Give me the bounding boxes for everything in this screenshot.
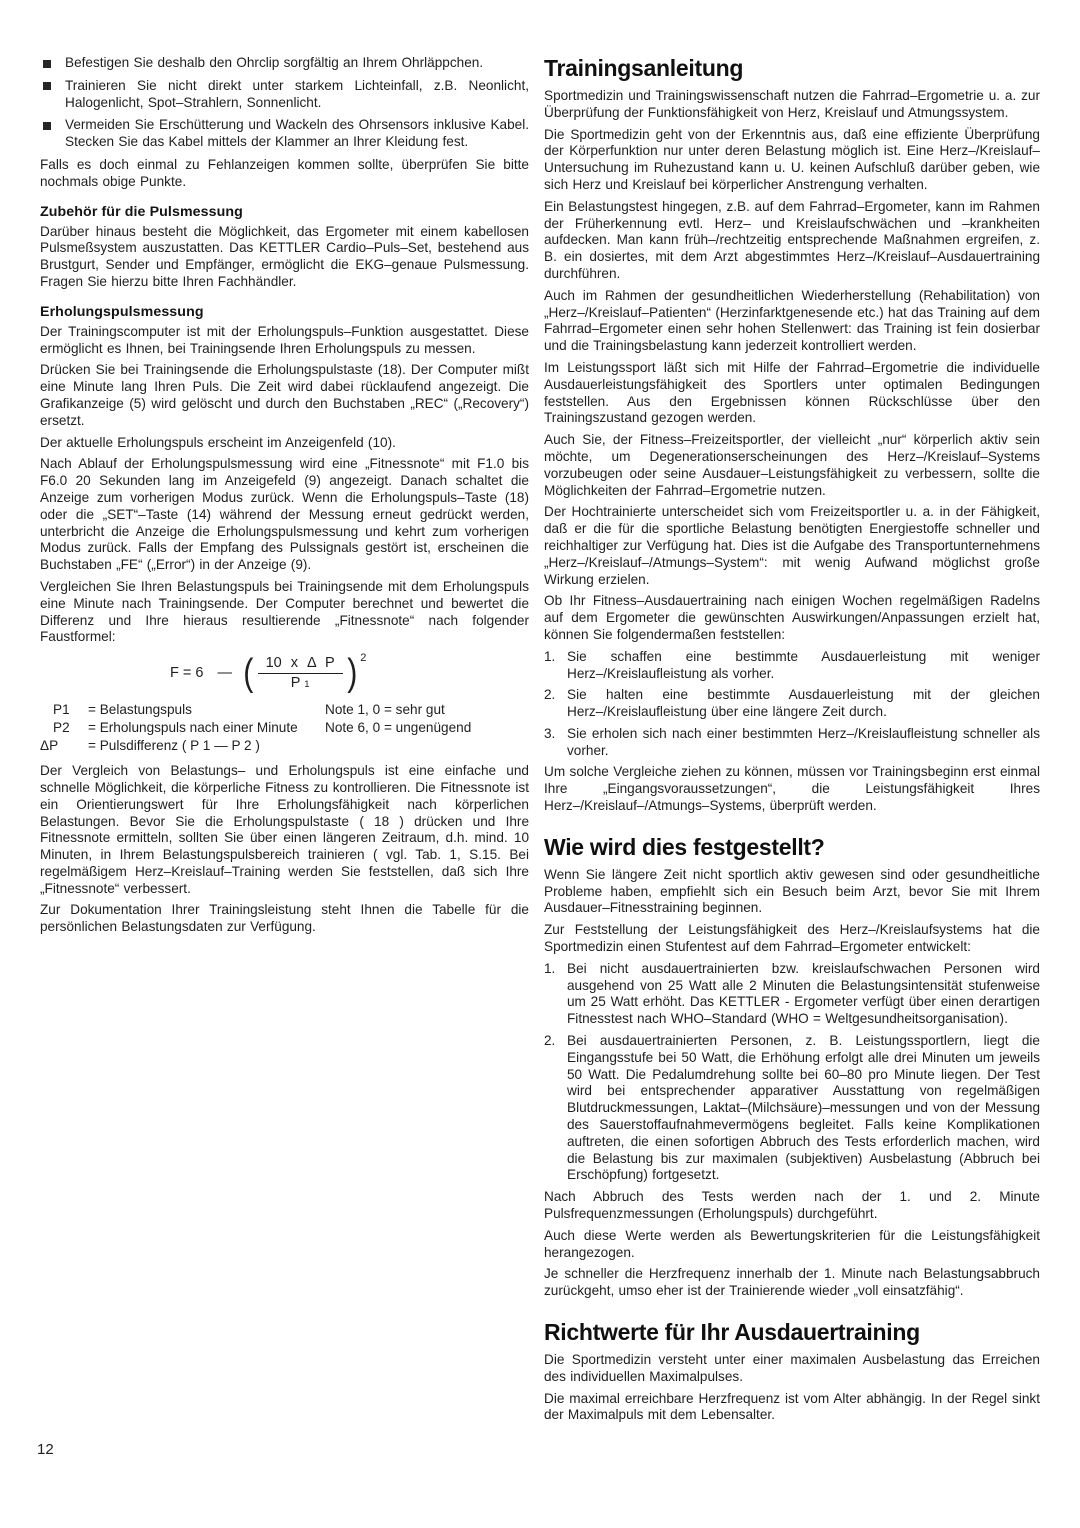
bullet-square-icon bbox=[43, 82, 51, 90]
paragraph: Die maximal erreichbare Herzfrequenz ist… bbox=[544, 1391, 1040, 1425]
definition-note bbox=[325, 737, 529, 755]
formula-definitions: P1 = Belastungspuls Note 1, 0 = sehr gut… bbox=[40, 701, 529, 755]
numbered-item: 1. Bei nicht ausdauertrainierten bzw. kr… bbox=[544, 961, 1040, 1028]
paragraph: Ob Ihr Fitness–Ausdauertraining nach ein… bbox=[544, 593, 1040, 643]
section-title-wie-wird-dies-festgestellt: Wie wird dies festgestellt? bbox=[544, 834, 1040, 861]
item-number: 2. bbox=[544, 687, 555, 704]
paragraph: Nach Ablauf der Erholungspulsmessung wir… bbox=[40, 456, 529, 574]
paragraph: Der Trainingscomputer ist mit der Erholu… bbox=[40, 324, 529, 358]
numbered-item: 3. Sie erholen sich nach einer bestimmte… bbox=[544, 726, 1040, 760]
item-text: Sie halten eine bestimmte Ausdauerleistu… bbox=[567, 687, 1040, 719]
formula-exponent: 2 bbox=[360, 652, 366, 664]
numbered-item: 1. Sie schaffen eine bestimmte Ausdauerl… bbox=[544, 649, 1040, 683]
bullet-square-icon bbox=[43, 60, 51, 68]
definition-text: = Belastungspuls bbox=[88, 701, 325, 719]
bullet-item: Trainieren Sie nicht direkt unter starke… bbox=[40, 78, 529, 112]
paragraph: Auch im Rahmen der gesundheitlichen Wied… bbox=[544, 288, 1040, 355]
paragraph: Im Leistungssport läßt sich mit Hilfe de… bbox=[544, 360, 1040, 427]
item-number: 3. bbox=[544, 726, 555, 743]
item-number: 1. bbox=[544, 649, 555, 666]
page-number: 12 bbox=[37, 1441, 54, 1458]
item-number: 1. bbox=[544, 961, 555, 978]
bullet-text: Befestigen Sie deshalb den Ohrclip sorgf… bbox=[65, 55, 483, 70]
paragraph: Auch Sie, der Fitness–Freizeitsportler, … bbox=[544, 432, 1040, 499]
subsection-heading-erholungspulsmessung: Erholungspulsmessung bbox=[40, 304, 529, 320]
formula-minus: — bbox=[217, 665, 232, 681]
paragraph: Auch diese Werte werden als Bewertungskr… bbox=[544, 1228, 1040, 1262]
paragraph: Um solche Vergleiche ziehen zu können, m… bbox=[544, 764, 1040, 814]
formula-denominator: P 1 bbox=[291, 674, 310, 691]
section-title-trainingsanleitung: Trainingsanleitung bbox=[544, 55, 1040, 82]
paragraph: Der Vergleich von Belastungs– und Erholu… bbox=[40, 763, 529, 897]
bullet-square-icon bbox=[43, 122, 51, 130]
definition-note: Note 6, 0 = ungenügend bbox=[325, 719, 529, 737]
formula-numerator: 10 x Δ P bbox=[258, 655, 343, 674]
definition-symbol: ΔP bbox=[40, 737, 88, 755]
definition-row: P2 = Erholungspuls nach einer Minute Not… bbox=[40, 719, 529, 737]
paragraph: Ein Belastungstest hingegen, z.B. auf de… bbox=[544, 199, 1040, 283]
item-number: 2. bbox=[544, 1033, 555, 1050]
paragraph: Der Hochtrainierte unterscheidet sich vo… bbox=[544, 504, 1040, 588]
paragraph: Die Sportmedizin versteht unter einer ma… bbox=[544, 1352, 1040, 1386]
definition-row: P1 = Belastungspuls Note 1, 0 = sehr gut bbox=[40, 701, 529, 719]
bullet-item: Vermeiden Sie Erschütterung und Wackeln … bbox=[40, 117, 529, 151]
item-text: Bei nicht ausdauertrainierten bzw. kreis… bbox=[567, 961, 1040, 1026]
paragraph: Falls es doch einmal zu Fehlanzeigen kom… bbox=[40, 157, 529, 191]
bullet-list: Befestigen Sie deshalb den Ohrclip sorgf… bbox=[40, 55, 529, 151]
denominator-base: P bbox=[291, 675, 300, 691]
manual-page: Befestigen Sie deshalb den Ohrclip sorgf… bbox=[0, 0, 1080, 1528]
numbered-item: 2. Bei ausdauertrainierten Personen, z. … bbox=[544, 1033, 1040, 1184]
denominator-subscript: 1 bbox=[304, 679, 309, 690]
definition-symbol: P1 bbox=[40, 701, 88, 719]
section-title-richtwerte: Richtwerte für Ihr Ausdauertraining bbox=[544, 1319, 1040, 1346]
left-column: Befestigen Sie deshalb den Ohrclip sorgf… bbox=[40, 55, 529, 1429]
formula-lhs: F = 6 bbox=[170, 665, 203, 681]
paragraph: Nach Abbruch des Tests werden nach der 1… bbox=[544, 1189, 1040, 1223]
paragraph: Vergleichen Sie Ihren Belastungspuls bei… bbox=[40, 579, 529, 646]
paragraph: Der aktuelle Erholungspuls erscheint im … bbox=[40, 435, 529, 452]
definition-text: = Pulsdifferenz ( P 1 — P 2 ) bbox=[88, 737, 325, 755]
paragraph: Sportmedizin und Trainingswissenschaft n… bbox=[544, 88, 1040, 122]
formula-close-paren: ) bbox=[347, 656, 357, 690]
definition-symbol: P2 bbox=[40, 719, 88, 737]
bullet-text: Trainieren Sie nicht direkt unter starke… bbox=[65, 78, 529, 110]
numbered-item: 2. Sie halten eine bestimmte Ausdauerlei… bbox=[544, 687, 1040, 721]
item-text: Bei ausdauertrainierten Personen, z. B. … bbox=[567, 1033, 1040, 1182]
paragraph: Darüber hinaus besteht die Möglichkeit, … bbox=[40, 224, 529, 291]
bullet-item: Befestigen Sie deshalb den Ohrclip sorgf… bbox=[40, 55, 529, 72]
subsection-heading-zubehoer: Zubehör für die Pulsmessung bbox=[40, 204, 529, 220]
formula-fraction: 10 x Δ P P 1 bbox=[258, 655, 343, 691]
formula-open-paren: ( bbox=[243, 656, 253, 690]
paragraph: Zur Dokumentation Ihrer Trainingsleistun… bbox=[40, 902, 529, 936]
item-text: Sie schaffen eine bestimmte Ausdauerleis… bbox=[567, 649, 1040, 681]
paragraph: Zur Feststellung der Leistungsfähigkeit … bbox=[544, 922, 1040, 956]
paragraph: Je schneller die Herzfrequenz innerhalb … bbox=[544, 1266, 1040, 1300]
two-column-layout: Befestigen Sie deshalb den Ohrclip sorgf… bbox=[40, 55, 1040, 1429]
right-column: Trainingsanleitung Sportmedizin und Trai… bbox=[544, 55, 1040, 1429]
item-text: Sie erholen sich nach einer bestimmten H… bbox=[567, 726, 1040, 758]
fitness-formula: F = 6 — ( 10 x Δ P P 1 ) 2 bbox=[170, 655, 529, 691]
paragraph: Die Sportmedizin geht von der Erkenntnis… bbox=[544, 127, 1040, 194]
definition-row: ΔP = Pulsdifferenz ( P 1 — P 2 ) bbox=[40, 737, 529, 755]
definition-text: = Erholungspuls nach einer Minute bbox=[88, 719, 325, 737]
paragraph: Drücken Sie bei Trainingsende die Erholu… bbox=[40, 362, 529, 429]
bullet-text: Vermeiden Sie Erschütterung und Wackeln … bbox=[65, 117, 529, 149]
definition-note: Note 1, 0 = sehr gut bbox=[325, 701, 529, 719]
paragraph: Wenn Sie längere Zeit nicht sportlich ak… bbox=[544, 867, 1040, 917]
